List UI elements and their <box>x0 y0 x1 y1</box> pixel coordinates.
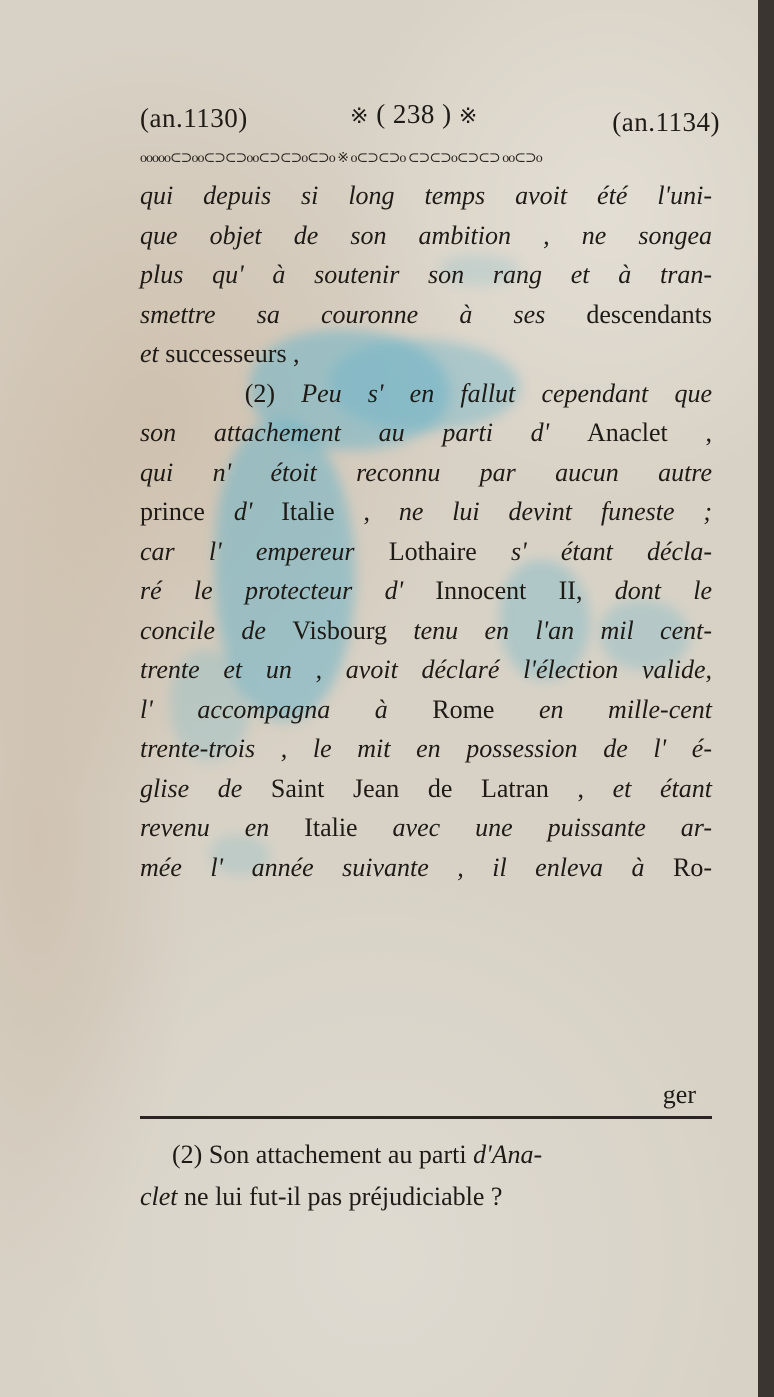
book-page: (an.1130) ※ ( 238 ) ※ (an.1134) ooooo⊂⊃o… <box>0 0 758 1397</box>
text-line: plus qu' à soutenir son rang et à tran- <box>140 255 712 295</box>
ornament-icon: ※ <box>459 103 478 128</box>
text-line: revenu en Italie avec une puissante ar- <box>140 808 712 848</box>
text-line: glise de Saint Jean de Latran , et étant <box>140 769 712 809</box>
footnote-line: clet ne lui fut-il pas préjudiciable ? <box>140 1176 712 1218</box>
footnote-rule <box>140 1116 712 1119</box>
running-header: (an.1130) ※ ( 238 ) ※ (an.1134) <box>140 103 720 143</box>
text-line: l' accompagna à Rome en mille-cent <box>140 690 712 730</box>
left-year: (an.1130) <box>140 103 248 134</box>
text-line: qui n' étoit reconnu par aucun autre <box>140 453 712 493</box>
text-line: concile de Visbourg tenu en l'an mil cen… <box>140 611 712 651</box>
text-line: mée l' année suivante , il enleva à Ro- <box>140 848 712 888</box>
text-line: qui depuis si long temps avoit été l'uni… <box>140 176 712 216</box>
page-number: ※ ( 238 ) ※ <box>350 99 478 130</box>
right-year: (an.1134) <box>612 107 720 138</box>
book-spine-shadow <box>758 0 774 1397</box>
catchword: ger <box>663 1080 696 1110</box>
text-line: et successeurs , <box>140 334 712 374</box>
text-line: trente-trois , le mit en possession de l… <box>140 729 712 769</box>
ornament-icon: ※ <box>350 103 369 128</box>
text-line: (2) Peu s' en fallut cependant que <box>140 374 712 414</box>
ornamental-rule: ooooo⊂⊃oo⊂⊃⊂⊃oo⊂⊃⊂⊃o⊂⊃o ※ o⊂⊃⊂⊃o ⊂⊃⊂⊃o⊂⊃… <box>140 150 712 166</box>
body-text: qui depuis si long temps avoit été l'uni… <box>140 176 712 887</box>
text-line: que objet de son ambition , ne songea <box>140 216 712 256</box>
text-line: prince d' Italie , ne lui devint funeste… <box>140 492 712 532</box>
footnote: (2) Son attachement au parti d'Ana- clet… <box>140 1134 712 1218</box>
text-line: ré le protecteur d' Innocent II, dont le <box>140 571 712 611</box>
text-line: son attachement au parti d' Anaclet , <box>140 413 712 453</box>
footnote-line: (2) Son attachement au parti d'Ana- <box>140 1134 712 1176</box>
text-line: smettre sa couronne à ses descendants <box>140 295 712 335</box>
text-line: trente et un , avoit déclaré l'élection … <box>140 650 712 690</box>
text-line: car l' empereur Lothaire s' étant décla- <box>140 532 712 572</box>
